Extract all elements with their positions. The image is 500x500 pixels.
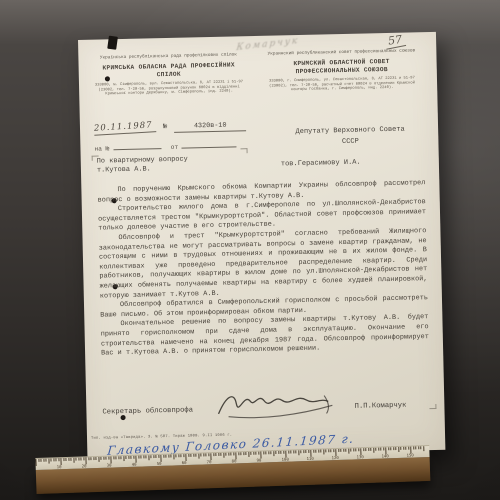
ruler-tick <box>348 449 349 454</box>
ruler-tick <box>308 450 309 453</box>
ruler-tick <box>80 457 81 460</box>
ruler-tick <box>405 447 406 450</box>
ruler-tick <box>398 447 399 452</box>
ruler-tick <box>155 455 156 458</box>
ruler-tick <box>55 458 56 461</box>
ruler-tick <box>170 455 171 458</box>
ruler-tick <box>125 456 126 459</box>
ruler-tick <box>58 458 59 461</box>
ruler-tick <box>75 458 76 461</box>
ruler-tick <box>423 446 424 451</box>
ruler-tick <box>150 455 151 458</box>
ruler-tick <box>88 457 89 460</box>
ruler-tick <box>303 450 304 453</box>
ruler-number: 60 <box>182 460 187 465</box>
ruler-tick <box>133 456 134 459</box>
ruler-tick <box>395 447 396 450</box>
ruler-tick <box>245 452 246 455</box>
signature-ink <box>212 387 353 422</box>
ruler-tick <box>358 448 359 451</box>
org-address-ru: 333000, г. Симферополь, ул. Севастопольс… <box>263 76 421 94</box>
ruler-tick <box>140 455 141 458</box>
ruler-number: 70 <box>207 459 212 464</box>
ruler-tick <box>175 454 176 457</box>
ruler-tick <box>220 453 221 456</box>
ruler-tick <box>268 451 269 454</box>
ruler-tick <box>218 453 219 456</box>
ruler-tick <box>73 458 74 463</box>
ruler-tick <box>318 450 319 453</box>
ruler-tick <box>380 448 381 451</box>
ruler-tick <box>230 453 231 456</box>
ruler-tick <box>145 455 146 458</box>
ruler-tick <box>83 457 84 460</box>
ruler-tick <box>168 455 169 458</box>
ruler-tick <box>243 452 244 455</box>
ruler-tick <box>340 449 341 452</box>
ruler-tick <box>378 448 379 451</box>
ruler-tick <box>208 453 209 456</box>
ruler-tick <box>283 451 284 454</box>
ruler-tick <box>298 450 299 455</box>
signer-name: П.П.Комарчук <box>355 402 407 411</box>
ruler-tick <box>400 447 401 450</box>
ruler-tick <box>118 456 119 459</box>
subject-line-2: т.Кутова А.В. <box>97 164 188 175</box>
outgoing-number: 4320в-10 <box>174 121 246 133</box>
ruler-tick <box>408 447 409 450</box>
ruler-tick <box>295 450 296 453</box>
ruler-tick <box>313 450 314 453</box>
ruler-number: 50 <box>157 461 162 466</box>
document-sheet: Комарчук 57 Українська республіканська р… <box>78 32 445 458</box>
ruler-tick <box>43 459 44 462</box>
ruler-tick <box>343 449 344 452</box>
ruler-tick <box>278 451 279 454</box>
ruler-tick <box>415 446 416 449</box>
signature-row: Секретарь облсовпрофа П.П.Комарчук <box>102 401 428 416</box>
ruler-number: 20 <box>82 463 87 468</box>
ruler-tick <box>193 454 194 457</box>
ruler-tick <box>265 451 266 454</box>
ruler-tick <box>413 446 414 449</box>
signer-title: Секретарь облсовпрофа <box>102 406 193 416</box>
ruler-tick <box>165 455 166 458</box>
ruler-tick <box>195 454 196 457</box>
ruler-tick <box>393 447 394 450</box>
ruler-tick <box>158 455 159 458</box>
ruler-tick <box>105 457 106 460</box>
org-name-ru: КРЫМСКИЙ ОБЛАСТНОЙ СОВЕТ ПРОФЕССИОНАЛЬНЫ… <box>263 58 421 76</box>
ruler-tick <box>113 456 114 459</box>
ruler-tick <box>338 449 339 452</box>
ruler-tick <box>178 454 179 457</box>
ruler-tick <box>305 450 306 453</box>
ruler-tick <box>200 454 201 457</box>
ruler-number: 10 <box>57 464 62 469</box>
ruler-tick <box>420 446 421 449</box>
ruler-tick <box>53 458 54 461</box>
ruler-tick <box>315 450 316 453</box>
ruler-tick <box>263 451 264 454</box>
ruler-tick <box>345 449 346 452</box>
ruler-tick <box>50 458 51 461</box>
ruler-tick <box>120 456 121 459</box>
ruler-tick <box>203 453 204 456</box>
ruler-tick <box>68 458 69 461</box>
ruler-tick <box>300 450 301 453</box>
ruler-tick <box>288 451 289 454</box>
ruler-tick <box>138 456 139 459</box>
letterhead-russian: Украинский республиканский совет професс… <box>262 48 421 94</box>
ruler-number: 120 <box>331 455 338 460</box>
ruler-tick <box>48 459 49 464</box>
ruler-tick <box>183 454 184 457</box>
ruler-tick <box>293 450 294 453</box>
ruler-number: 110 <box>306 456 313 461</box>
letter-body: По поручению Крымского обкома Компартии … <box>97 179 429 359</box>
ruler-tick <box>325 449 326 452</box>
ruler-tick <box>100 457 101 460</box>
ruler-tick <box>45 459 46 462</box>
ruler-tick <box>148 455 149 460</box>
ruler-tick <box>403 447 404 450</box>
ruler-tick <box>270 451 271 454</box>
ruler-tick <box>90 457 91 460</box>
ruler-tick <box>253 452 254 455</box>
ruler-tick <box>163 455 164 458</box>
ruler-tick <box>63 458 64 461</box>
outgoing-ref-line: 20.11.1987 № 4320в-10 <box>94 119 274 135</box>
ruler-tick <box>228 453 229 456</box>
paragraph: Окончательное решение по вопросу замены … <box>100 313 429 359</box>
ruler-tick <box>255 452 256 455</box>
ruler-tick <box>350 449 351 452</box>
ruler-tick <box>323 449 324 454</box>
ruler-tick <box>35 459 36 466</box>
ruler-tick <box>250 452 251 455</box>
ruler-tick <box>390 447 391 450</box>
ruler-tick <box>320 450 321 453</box>
paragraph: Облсовпроф и трест "Крымкурортстрой" сог… <box>98 227 427 302</box>
ruler-tick <box>418 446 419 449</box>
ruler-tick <box>78 458 79 461</box>
ruler-tick <box>38 459 39 462</box>
ruler-tick <box>190 454 191 457</box>
ruler-tick <box>205 453 206 456</box>
ruler-tick <box>383 447 384 450</box>
ruler-tick <box>280 451 281 454</box>
ruler-tick <box>368 448 369 451</box>
ruler-number: 90 <box>257 458 262 463</box>
ruler-tick <box>365 448 366 451</box>
ruler-tick <box>275 451 276 454</box>
ruler-tick <box>143 455 144 458</box>
ruler-tick <box>273 451 274 456</box>
ruler-tick <box>98 457 99 462</box>
ruler-tick <box>215 453 216 456</box>
ruler-number: 140 <box>381 453 388 458</box>
subject-block: По квартирному вопросу т.Кутова А.В. <box>97 156 188 175</box>
org-address-uk: 333000, м. Сімферополь, вул. Севастополь… <box>93 80 245 98</box>
ruler-tick <box>233 452 234 455</box>
ruler-tick <box>130 456 131 459</box>
ruler-tick <box>93 457 94 460</box>
ruler-tick <box>108 457 109 460</box>
ruler-tick <box>173 454 174 459</box>
ruler-number: 100 <box>282 457 289 462</box>
ruler-tick <box>65 458 66 461</box>
ruler-tick <box>70 458 71 461</box>
pencil-corner-mark <box>429 404 436 409</box>
parent-org-uk: Українська республіканська рада профспіл… <box>92 52 244 61</box>
pencil-corner-mark <box>240 148 247 153</box>
addressee-block: Депутату Верховного Совета СССР <box>274 124 426 149</box>
ruler-tick <box>290 451 291 454</box>
ruler-number: 30 <box>107 462 112 467</box>
ruler-tick <box>223 453 224 458</box>
ruler-tick <box>330 449 331 452</box>
ruler-tick <box>198 454 199 459</box>
ruler-tick <box>123 456 124 461</box>
ruler-tick <box>328 449 329 452</box>
from-label: от <box>171 144 179 151</box>
ruler-number: 150 <box>406 452 413 457</box>
ruler-tick <box>248 452 249 457</box>
ruler-tick <box>375 448 376 451</box>
ruler-tick <box>353 448 354 451</box>
on-number-label: на № <box>94 145 109 152</box>
photo-scene: Комарчук 57 Українська республіканська р… <box>0 0 500 500</box>
handwritten-date: 20.11.1987 <box>94 120 157 136</box>
ruler-number: 40 <box>132 462 137 467</box>
ruler-tick <box>213 453 214 456</box>
ruler-number: 130 <box>356 454 363 459</box>
ruler-tick <box>128 456 129 459</box>
ruler-number: 80 <box>232 458 237 463</box>
number-sign: № <box>163 123 167 131</box>
ruler-tick <box>238 452 239 455</box>
ruler-tick <box>258 452 259 455</box>
blank-underline <box>182 141 237 148</box>
staple-mark <box>107 36 118 50</box>
ruler-tick <box>373 448 374 453</box>
letterhead-ukrainian: Українська республіканська рада профспіл… <box>92 52 245 98</box>
org-name-uk: КРИМСЬКА ОБЛАСНА РАДА ПРОФЕСІЙНИХ СПІЛОК <box>93 62 245 80</box>
ruler-tick <box>103 457 104 460</box>
ruler-tick <box>95 457 96 460</box>
addressee-name: тов.Герасимову И.А. <box>281 159 361 169</box>
ruler-tick <box>180 454 181 457</box>
ruler-tick <box>115 456 116 459</box>
ruler-tick <box>153 455 154 458</box>
ruler-tick <box>188 454 189 457</box>
ruler-tick <box>333 449 334 452</box>
ruler-tick <box>240 452 241 455</box>
ruler-tick <box>225 453 226 456</box>
ruler-tick <box>388 447 389 450</box>
blank-underline <box>113 143 161 150</box>
ruler-tick <box>370 448 371 451</box>
ruler-tick <box>355 448 356 451</box>
ruler-tick <box>363 448 364 451</box>
ruler-tick <box>40 459 41 462</box>
incoming-ref-line: на № от <box>94 141 237 152</box>
